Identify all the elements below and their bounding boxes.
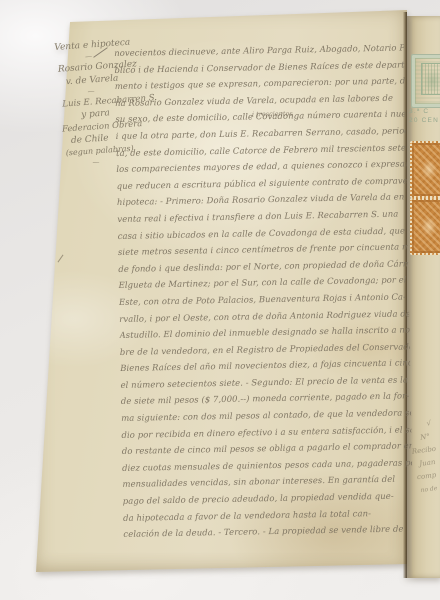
revenue-stamp-icon: [410, 198, 440, 255]
seal-value-text: 20 CEN: [409, 117, 440, 124]
embossed-fiscal-seal-icon: [411, 54, 440, 108]
interlinear-correction: i trescientos: [252, 110, 293, 119]
faint-note: no de: [420, 480, 440, 497]
open-book: Venta e hipoteca — Rosario Gonzalez v. d…: [0, 0, 440, 600]
seal-crest-icon: [421, 63, 440, 95]
revenue-stamp-icon: [410, 141, 440, 198]
seal-class-text: 3.ª C: [409, 108, 440, 115]
